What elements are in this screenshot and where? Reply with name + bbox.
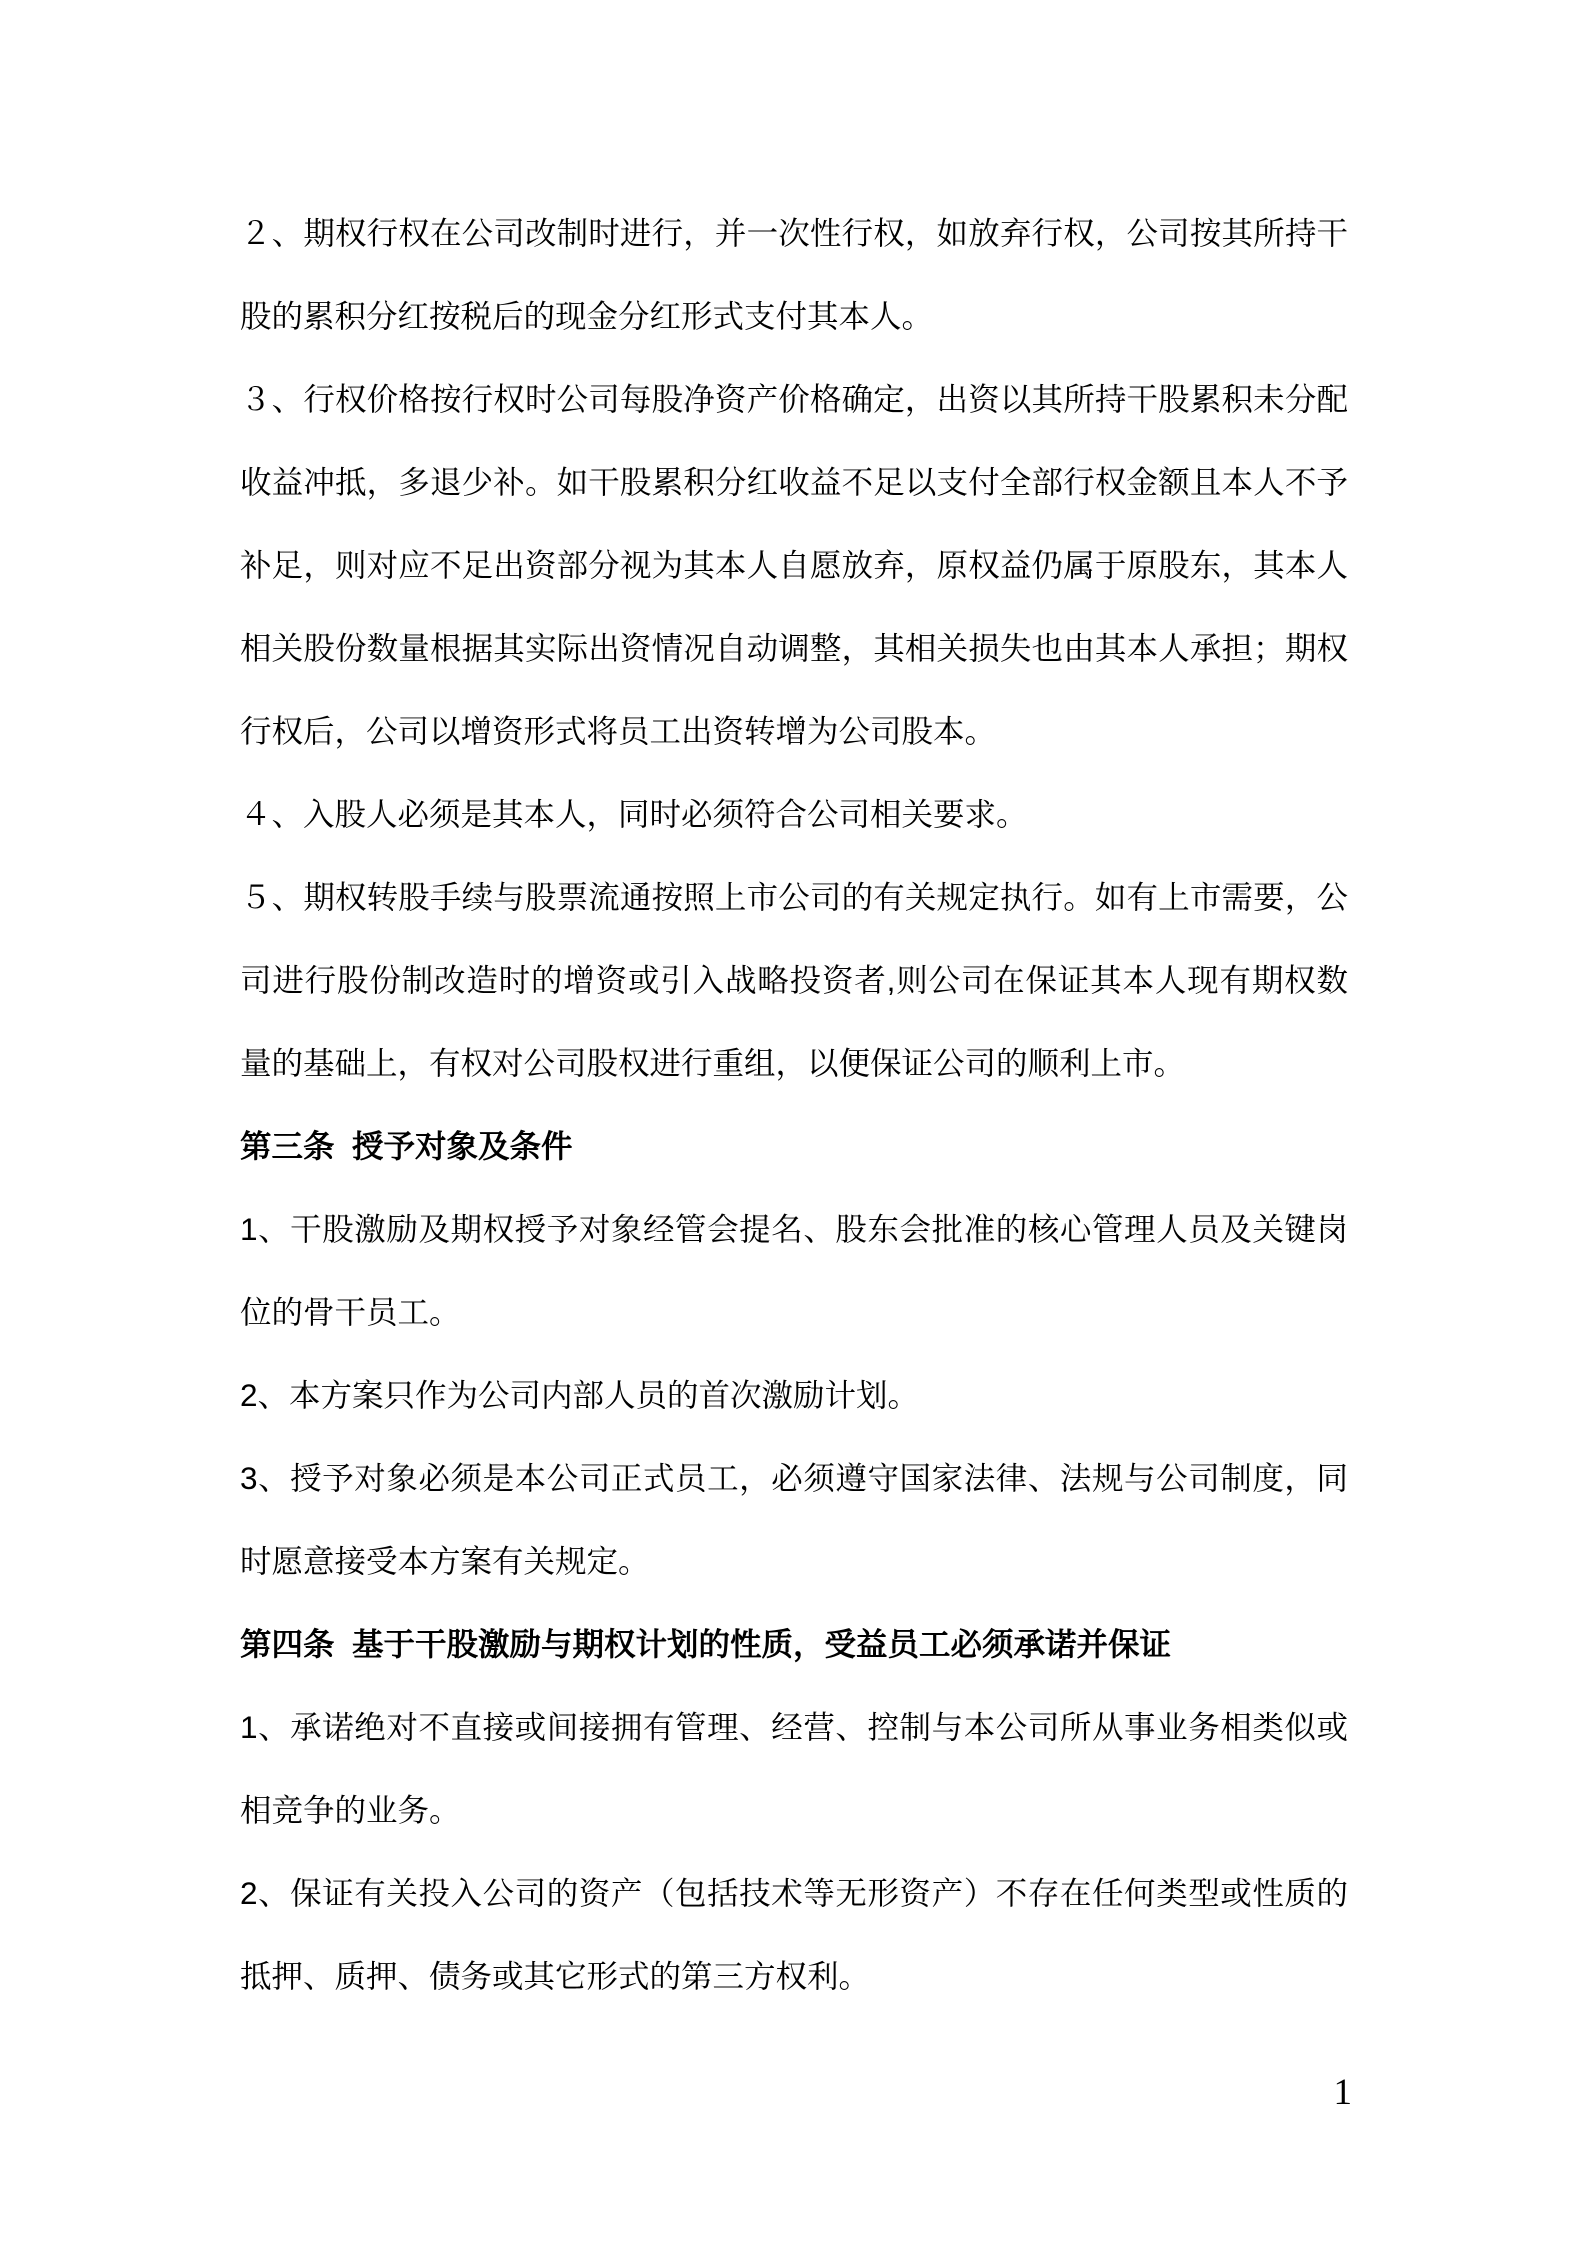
document-page: ２、期权行权在公司改制时进行，并一次性行权，如放弃行权，公司按其所持干股的累积分… xyxy=(0,0,1586,2244)
document-line: 收益冲抵，多退少补。如干股累积分红收益不足以支付全部行权金额且本人不予 xyxy=(240,441,1348,524)
document-line: 2、本方案只作为公司内部人员的首次激励计划。 xyxy=(240,1354,1348,1437)
section-heading: 第三条 授予对象及条件 xyxy=(240,1105,1348,1188)
document-line: 股的累积分红按税后的现金分红形式支付其本人。 xyxy=(240,275,1348,358)
document-line: 3、授予对象必须是本公司正式员工，必须遵守国家法律、法规与公司制度，同 xyxy=(240,1437,1348,1520)
document-body: ２、期权行权在公司改制时进行，并一次性行权，如放弃行权，公司按其所持干股的累积分… xyxy=(240,192,1348,2018)
document-line: 1、承诺绝对不直接或间接拥有管理、经营、控制与本公司所从事业务相类似或 xyxy=(240,1686,1348,1769)
document-line: 位的骨干员工。 xyxy=(240,1271,1348,1354)
document-line: ３、行权价格按行权时公司每股净资产价格确定，出资以其所持干股累积未分配 xyxy=(240,358,1348,441)
document-line: 抵押、质押、债务或其它形式的第三方权利。 xyxy=(240,1935,1348,2018)
document-line: ５、期权转股手续与股票流通按照上市公司的有关规定执行。如有上市需要，公 xyxy=(240,856,1348,939)
document-line: 补足，则对应不足出资部分视为其本人自愿放弃，原权益仍属于原股东，其本人 xyxy=(240,524,1348,607)
document-line: 司进行股份制改造时的增资或引入战略投资者,则公司在保证其本人现有期权数 xyxy=(240,939,1348,1022)
document-line: 量的基础上，有权对公司股权进行重组，以便保证公司的顺利上市。 xyxy=(240,1022,1348,1105)
section-heading: 第四条 基于干股激励与期权计划的性质，受益员工必须承诺并保证 xyxy=(240,1603,1348,1686)
document-line: ２、期权行权在公司改制时进行，并一次性行权，如放弃行权，公司按其所持干 xyxy=(240,192,1348,275)
document-line: 时愿意接受本方案有关规定。 xyxy=(240,1520,1348,1603)
page-number: 1 xyxy=(240,2062,1352,2124)
document-line: 行权后，公司以增资形式将员工出资转增为公司股本。 xyxy=(240,690,1348,773)
document-line: 2、保证有关投入公司的资产（包括技术等无形资产）不存在任何类型或性质的 xyxy=(240,1852,1348,1935)
document-line: ４、入股人必须是其本人，同时必须符合公司相关要求。 xyxy=(240,773,1348,856)
document-line: 1、干股激励及期权授予对象经管会提名、股东会批准的核心管理人员及关键岗 xyxy=(240,1188,1348,1271)
document-line: 相竞争的业务。 xyxy=(240,1769,1348,1852)
document-line: 相关股份数量根据其实际出资情况自动调整，其相关损失也由其本人承担；期权 xyxy=(240,607,1348,690)
